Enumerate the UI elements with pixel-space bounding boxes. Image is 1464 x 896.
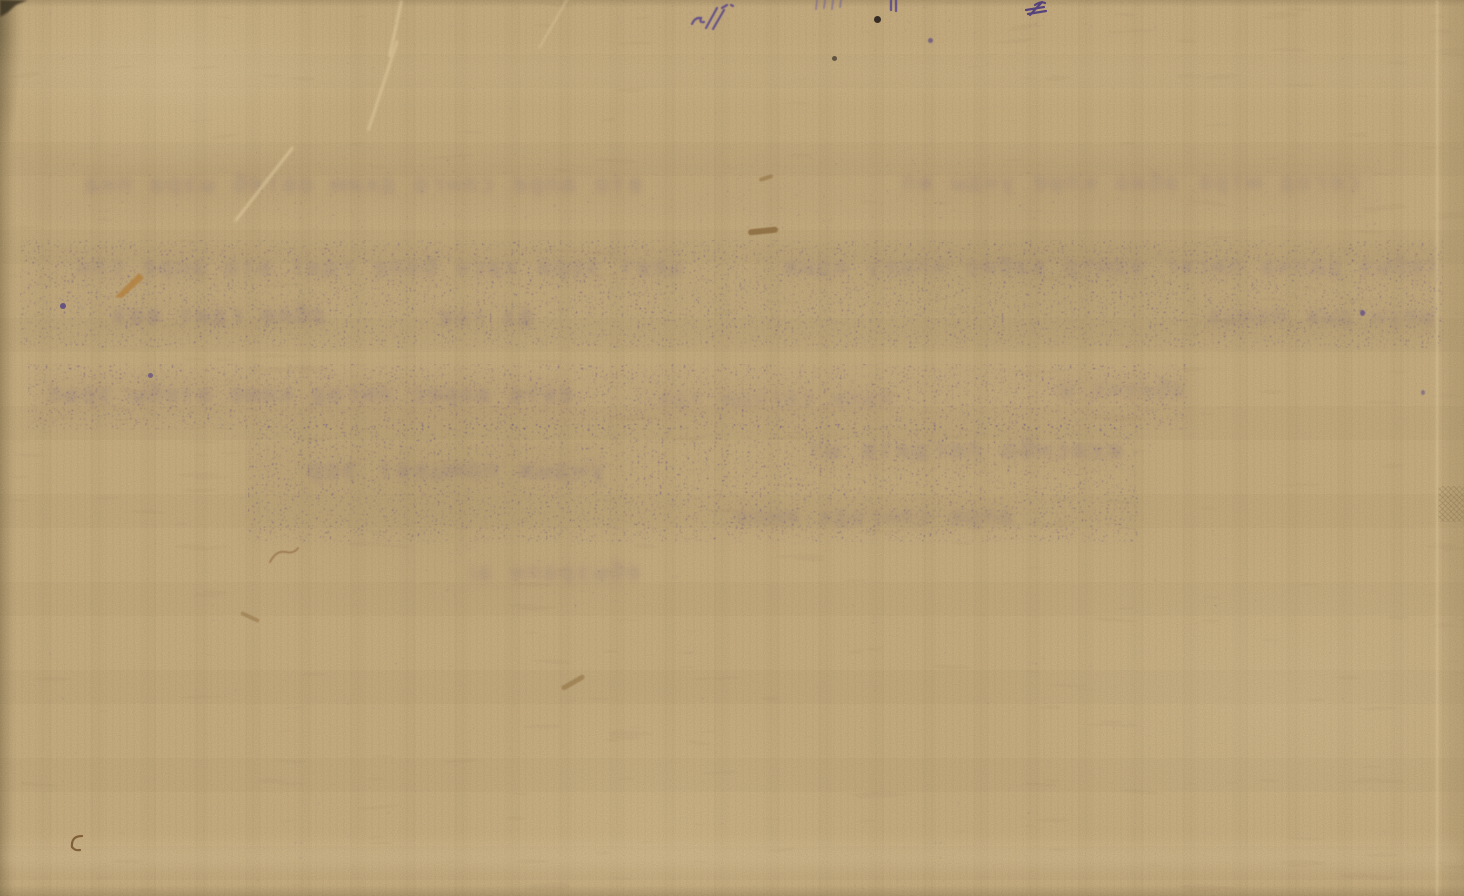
paper-crease xyxy=(367,40,399,131)
paper-crease xyxy=(234,146,294,222)
creases-layer xyxy=(0,0,1464,896)
paper-edge-line xyxy=(1436,0,1438,896)
paper-crease xyxy=(538,0,570,49)
scanned-document-page: вто апре слнго дким овтеб ызра пналсегод… xyxy=(0,0,1464,896)
